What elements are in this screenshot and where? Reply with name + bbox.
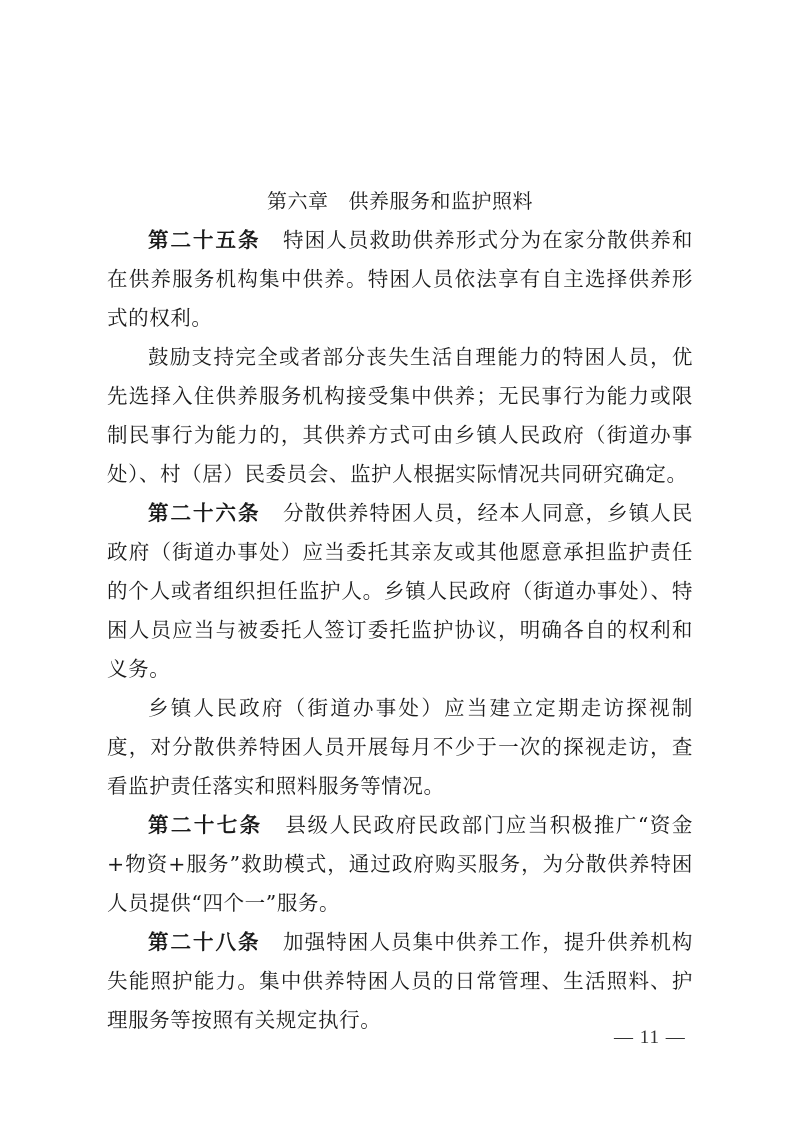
article-number: 第二十五条 xyxy=(148,228,261,252)
chapter-number: 第六章 xyxy=(267,189,329,213)
page-number: — 11 — xyxy=(614,1027,686,1049)
chapter-title: 供养服务和监护照料 xyxy=(349,189,534,213)
article-25-paragraph-1: 第二十五条特困人员救助供养形式分为在家分散供养和在供养服务机构集中供养。特困人员… xyxy=(107,221,693,338)
article-26-paragraph-2: 乡镇人民政府（街道办事处）应当建立定期走访探视制度，对分散供养特困人员开展每月不… xyxy=(107,689,693,806)
article-number: 第二十六条 xyxy=(148,501,261,525)
article-text: 分散供养特困人员，经本人同意，乡镇人民政府（街道办事处）应当委托其亲友或其他愿意… xyxy=(107,501,693,681)
article-number: 第二十八条 xyxy=(148,930,261,954)
article-27-paragraph-1: 第二十七条县级人民政府民政部门应当积极推广“资金+物资+服务”救助模式，通过政府… xyxy=(107,806,693,923)
article-number: 第二十七条 xyxy=(148,813,263,837)
chapter-heading: 第六章供养服务和监护照料 xyxy=(107,182,693,221)
document-page: 第六章供养服务和监护照料 第二十五条特困人员救助供养形式分为在家分散供养和在供养… xyxy=(107,182,693,1040)
article-25-paragraph-2: 鼓励支持完全或者部分丧失生活自理能力的特困人员，优先选择入住供养服务机构接受集中… xyxy=(107,338,693,494)
article-26-paragraph-1: 第二十六条分散供养特困人员，经本人同意，乡镇人民政府（街道办事处）应当委托其亲友… xyxy=(107,494,693,689)
article-28-paragraph-1: 第二十八条加强特困人员集中供养工作，提升供养机构失能照护能力。集中供养特困人员的… xyxy=(107,923,693,1040)
